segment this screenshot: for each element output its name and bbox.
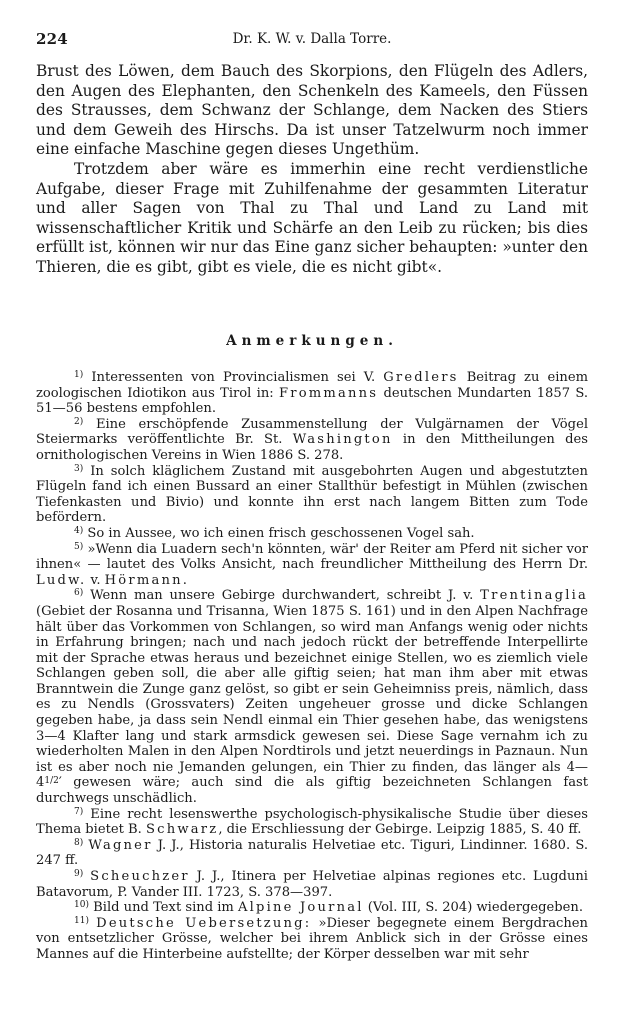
footnote-11: 11) Deutsche Uebersetzung: »Dieser begeg… <box>36 916 588 963</box>
footnote-mark: 11) <box>74 916 89 926</box>
body-paragraph: Trotzdem aber wäre es immerhin eine rech… <box>36 160 588 278</box>
footnote-text: , die Erschliessung der Gebirge. Leipzig… <box>218 822 581 837</box>
footnote-mark: 1) <box>74 370 83 380</box>
spaced-name: Deutsche Uebersetzung: <box>96 916 311 931</box>
footnote-text: (Gebiet der Rosanna und Trisanna, Wien 1… <box>36 604 588 791</box>
footnote-mark: 9) <box>74 869 83 879</box>
footnote-text: Wenn man unsere Gebirge durchwandert, sc… <box>90 588 480 603</box>
footnote-mark: 7) <box>74 807 83 817</box>
footnote-text: v. <box>86 573 104 588</box>
footnote-text: Bild und Text sind im <box>93 900 238 915</box>
body-paragraph: Brust des Löwen, dem Bauch des Skorpions… <box>36 62 588 160</box>
body-text: Brust des Löwen, dem Bauch des Skorpions… <box>36 62 588 278</box>
footnotes: 1) Interessenten von Provincialismen sei… <box>36 370 588 963</box>
running-head: 224 Dr. K. W. v. Dalla Torre. <box>36 30 588 50</box>
footnote-text: . <box>183 573 187 588</box>
footnote-4: 4) So in Aussee, wo ich einen frisch ges… <box>36 526 588 542</box>
spaced-name: Schwarz <box>146 822 218 837</box>
footnote-6: 6) Wenn man unsere Gebirge durchwandert,… <box>36 588 588 806</box>
spaced-name: Alpine Journal <box>238 900 364 915</box>
footnote-text: So in Aussee, wo ich einen frisch gescho… <box>87 526 474 541</box>
footnote-mark: 10) <box>74 900 89 910</box>
footnote-mark: 8) <box>74 838 83 848</box>
footnote-3: 3) In solch kläglichem Zustand mit ausge… <box>36 464 588 526</box>
footnote-mark: 4) <box>74 526 83 536</box>
footnote-mark: 2) <box>74 417 83 427</box>
spaced-name: Wagner <box>88 838 152 853</box>
running-title: Dr. K. W. v. Dalla Torre. <box>36 31 588 47</box>
spaced-name: Frommanns <box>279 386 378 401</box>
footnote-1: 1) Interessenten von Provincialismen sei… <box>36 370 588 417</box>
footnote-text: (Vol. III, S. 204) wiedergegeben. <box>364 900 583 915</box>
footnote-text: Interessenten von Provincialismen sei V. <box>91 370 383 385</box>
footnote-2: 2) Eine erschöpfende Zusammenstellung de… <box>36 417 588 464</box>
spaced-name: Washington <box>293 432 393 447</box>
spaced-name: Gredlers <box>383 370 458 385</box>
fraction: 1/2 <box>44 776 58 786</box>
footnote-mark: 5) <box>74 542 83 552</box>
spaced-name: Hörmann <box>105 573 183 588</box>
spaced-name: Ludw. <box>36 573 86 588</box>
footnote-7: 7) Eine recht lesenswerthe psychologisch… <box>36 807 588 838</box>
footnote-text: »Wenn dia Luadern sech'n könnten, wär' d… <box>36 542 588 573</box>
footnote-5: 5) »Wenn dia Luadern sech'n könnten, wär… <box>36 542 588 589</box>
footnote-text: In solch kläglichem Zustand mit ausgeboh… <box>36 464 588 526</box>
spaced-name: Trentinaglia <box>480 588 588 603</box>
footnote-mark: 3) <box>74 464 83 474</box>
spaced-name: Scheuchzer <box>90 869 190 884</box>
footnote-mark: 6) <box>74 588 83 598</box>
footnote-8: 8) Wagner J. J., Historia naturalis Helv… <box>36 838 588 869</box>
notes-heading: Anmerkungen. <box>36 333 588 349</box>
footnote-text: ′ gewesen wäre; auch sind die als giftig… <box>36 775 588 806</box>
footnote-10: 10) Bild und Text sind im Alpine Journal… <box>36 900 588 916</box>
footnote-9: 9) Scheuchzer J. J., Itinera per Helveti… <box>36 869 588 900</box>
